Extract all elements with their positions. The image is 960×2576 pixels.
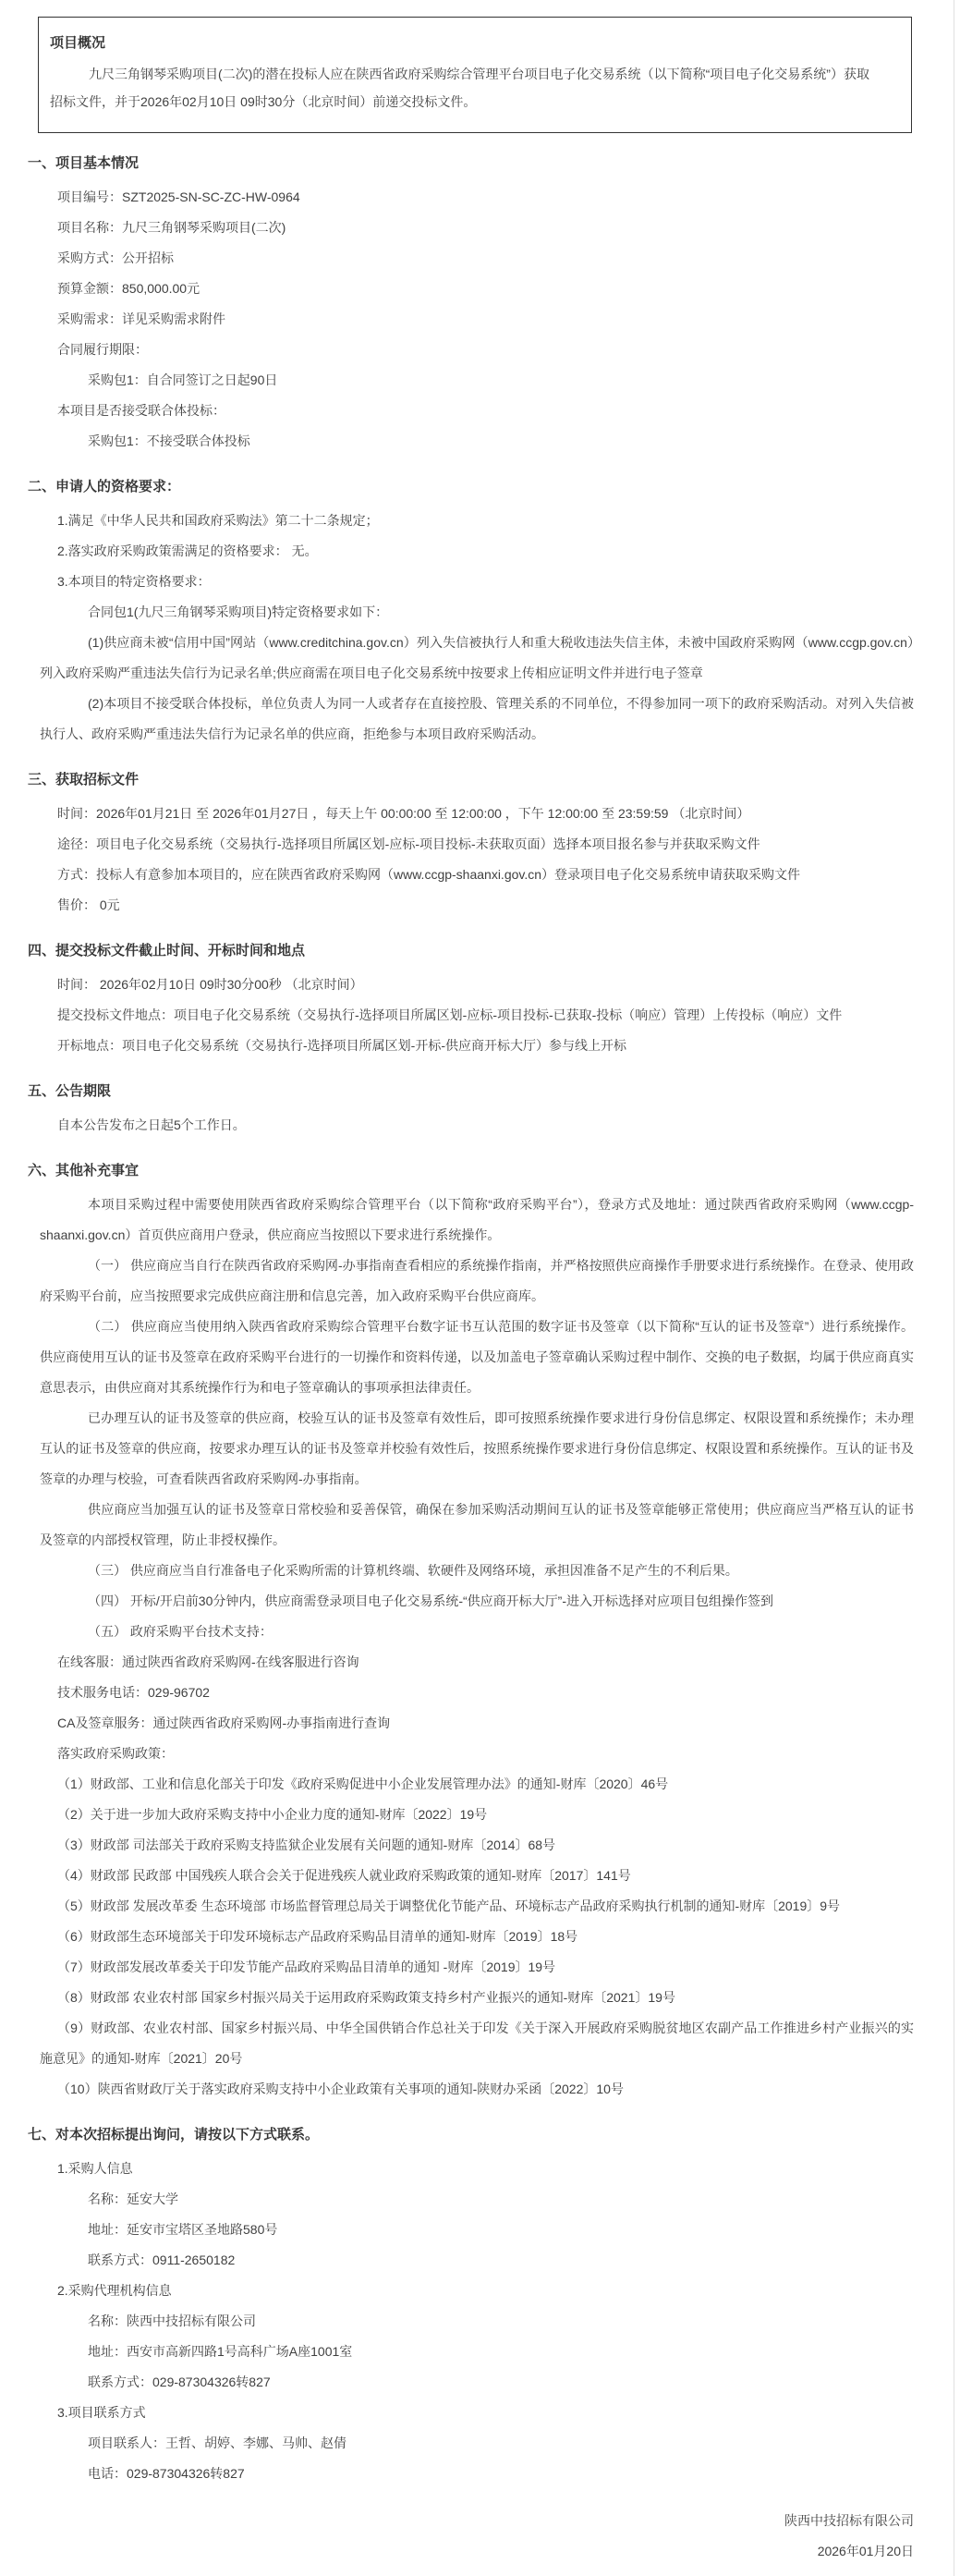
contract-term-label: 合同履行期限： xyxy=(0,335,954,365)
supplementary-para-3: （三） 供应商应当自行准备电子化采购所需的计算机终端、软硬件及网络环境，承担因准… xyxy=(40,1556,914,1586)
overview-title: 项目概况 xyxy=(50,27,869,60)
joint-bid-label: 本项目是否接受联合体投标： xyxy=(0,396,954,426)
policy-item: （5）财政部 发展改革委 生态环境部 市场监督管理总局关于调整优化节能产品、环境… xyxy=(40,1891,914,1922)
policy-list-title: 落实政府采购政策： xyxy=(0,1739,954,1769)
footer-company: 陕西中技招标有限公司 xyxy=(0,2506,914,2536)
procurement-demand: 采购需求：详见采购需求附件 xyxy=(0,304,954,335)
policy-item: （6）财政部生态环境部关于印发环境标志产品政府采购品目清单的通知-财库〔2019… xyxy=(40,1922,914,1952)
obtain-route: 途径：项目电子化交易系统（交易执行-选择项目所属区划-应标-项目投标-未获取页面… xyxy=(0,829,954,860)
project-contact-title: 3.项目联系方式 xyxy=(0,2398,954,2428)
supplementary-para-1: （一） 供应商应当自行在陕西省政府采购网-办事指南查看相应的系统操作指南，并严格… xyxy=(40,1251,914,1312)
agent-address: 地址：西安市高新四路1号高科广场A座1001室 xyxy=(0,2337,954,2367)
procurement-method: 采购方式：公开招标 xyxy=(0,243,954,274)
joint-bid-package: 采购包1：不接受联合体投标 xyxy=(0,426,954,457)
footer-date: 2026年01月20日 xyxy=(0,2536,914,2567)
policy-item: （10）陕西省财政厅关于落实政府采购支持中小企业政策有关事项的通知-陕财办采函〔… xyxy=(40,2074,914,2105)
section-contact-heading: 七、对本次招标提出询问，请按以下方式联系。 xyxy=(0,2119,954,2150)
qualification-item-2: 2.落实政府采购政策需满足的资格要求： 无。 xyxy=(0,536,954,567)
agent-name: 名称：陕西中技招标有限公司 xyxy=(0,2306,954,2337)
contract-term-package: 采购包1：自合同签订之日起90日 xyxy=(0,365,954,396)
project-contacts: 项目联系人：王哲、胡婷、李娜、马帅、赵倩 xyxy=(0,2428,954,2459)
obtain-method: 方式：投标人有意参加本项目的，应在陕西省政府采购网（www.ccgp-shaan… xyxy=(0,860,954,890)
section-announcement-period-heading: 五、公告期限 xyxy=(0,1076,954,1106)
supplementary-para-2: （二） 供应商应当使用纳入陕西省政府采购综合管理平台数字证书互认范围的数字证书及… xyxy=(40,1312,914,1403)
supplementary-intro: 本项目采购过程中需要使用陕西省政府采购综合管理平台（以下简称“政府采购平台”），… xyxy=(40,1190,914,1251)
qualification-item-3: 3.本项目的特定资格要求： xyxy=(0,567,954,597)
buyer-contact: 联系方式：0911-2650182 xyxy=(0,2245,954,2276)
policy-item: （7）财政部发展改革委关于印发节能产品政府采购品目清单的通知 -财库〔2019〕… xyxy=(40,1952,914,1983)
supplementary-para-2b: 已办理互认的证书及签章的供应商，校验互认的证书及签章有效性后，即可按照系统操作要… xyxy=(40,1403,914,1495)
agent-contact: 联系方式：029-87304326转827 xyxy=(0,2367,954,2398)
announcement-period-body: 自本公告发布之日起5个工作日。 xyxy=(0,1110,954,1141)
specific-requirement-1: (1)供应商未被“信用中国”网站（www.creditchina.gov.cn）… xyxy=(40,628,914,689)
policy-item: （3）财政部 司法部关于政府采购支持监狱企业发展有关问题的通知-财库〔2014〕… xyxy=(40,1830,914,1861)
agent-info-title: 2.采购代理机构信息 xyxy=(0,2276,954,2306)
buyer-name: 名称：延安大学 xyxy=(0,2184,954,2215)
supplementary-para-4: （四） 开标/开启前30分钟内，供应商需登录项目电子化交易系统-“供应商开标大厅… xyxy=(40,1586,914,1617)
package-qualification-intro: 合同包1(九尺三角钢琴采购项目)特定资格要求如下： xyxy=(0,597,954,628)
deadline-time: 时间： 2026年02月10日 09时30分00秒 （北京时间） xyxy=(0,970,954,1000)
doc-price: 售价： 0元 xyxy=(0,890,954,921)
policy-item: （2）关于进一步加大政府采购支持中小企业力度的通知-财库〔2022〕19号 xyxy=(40,1800,914,1830)
bid-opening-place: 开标地点：项目电子化交易系统（交易执行-选择项目所属区划-开标-供应商开标大厅）… xyxy=(0,1031,954,1061)
project-overview-box: 项目概况 九尺三角钢琴采购项目(二次)的潜在投标人应在陕西省政府采购综合管理平台… xyxy=(38,17,912,133)
section-deadline-heading: 四、提交投标文件截止时间、开标时间和地点 xyxy=(0,935,954,966)
announcement-page: 项目概况 九尺三角钢琴采购项目(二次)的潜在投标人应在陕西省政府采购综合管理平台… xyxy=(0,0,954,2576)
budget-amount: 预算金额：850,000.00元 xyxy=(0,274,954,304)
supplementary-para-5: （五） 政府采购平台技术支持： xyxy=(40,1617,914,1647)
policy-item: （4）财政部 民政部 中国残疾人联合会关于促进残疾人就业政府采购政策的通知-财库… xyxy=(40,1861,914,1891)
support-ca-service: CA及签章服务：通过陕西省政府采购网-办事指南进行查询 xyxy=(0,1708,954,1739)
submit-place: 提交投标文件地点：项目电子化交易系统（交易执行-选择项目所属区划-应标-项目投标… xyxy=(0,1000,954,1031)
specific-requirement-2: (2)本项目不接受联合体投标，单位负责人为同一人或者存在直接控股、管理关系的不同… xyxy=(40,689,914,750)
buyer-address: 地址：延安市宝塔区圣地路580号 xyxy=(0,2215,954,2245)
support-online-service: 在线客服：通过陕西省政府采购网-在线客服进行咨询 xyxy=(0,1647,954,1678)
section-qualification-heading: 二、申请人的资格要求： xyxy=(0,471,954,502)
section-basic-heading: 一、项目基本情况 xyxy=(0,148,954,178)
policy-item: （9）财政部、农业农村部、国家乡村振兴局、中华全国供销合作总社关于印发《关于深入… xyxy=(40,2013,914,2074)
policy-item: （1）财政部、工业和信息化部关于印发《政府采购促进中小企业发展管理办法》的通知-… xyxy=(40,1769,914,1800)
project-phone: 电话：029-87304326转827 xyxy=(0,2459,954,2489)
policy-item: （8）财政部 农业农村部 国家乡村振兴局关于运用政府采购政策支持乡村产业振兴的通… xyxy=(40,1983,914,2013)
qualification-item-1: 1.满足《中华人民共和国政府采购法》第二十二条规定； xyxy=(0,506,954,536)
obtain-time: 时间：2026年01月21日 至 2026年01月27日 ，每天上午 00:00… xyxy=(0,799,954,829)
section-supplementary-heading: 六、其他补充事宜 xyxy=(0,1155,954,1186)
section-obtain-docs-heading: 三、获取招标文件 xyxy=(0,764,954,795)
project-name: 项目名称：九尺三角钢琴采购项目(二次) xyxy=(0,213,954,243)
overview-paragraph: 九尺三角钢琴采购项目(二次)的潜在投标人应在陕西省政府采购综合管理平台项目电子化… xyxy=(50,60,869,116)
buyer-info-title: 1.采购人信息 xyxy=(0,2154,954,2184)
project-number: 项目编号：SZT2025-SN-SC-ZC-HW-0964 xyxy=(0,182,954,213)
supplementary-para-2c: 供应商应当加强互认的证书及签章日常校验和妥善保管，确保在参加采购活动期间互认的证… xyxy=(40,1495,914,1556)
support-phone: 技术服务电话：029-96702 xyxy=(0,1678,954,1708)
